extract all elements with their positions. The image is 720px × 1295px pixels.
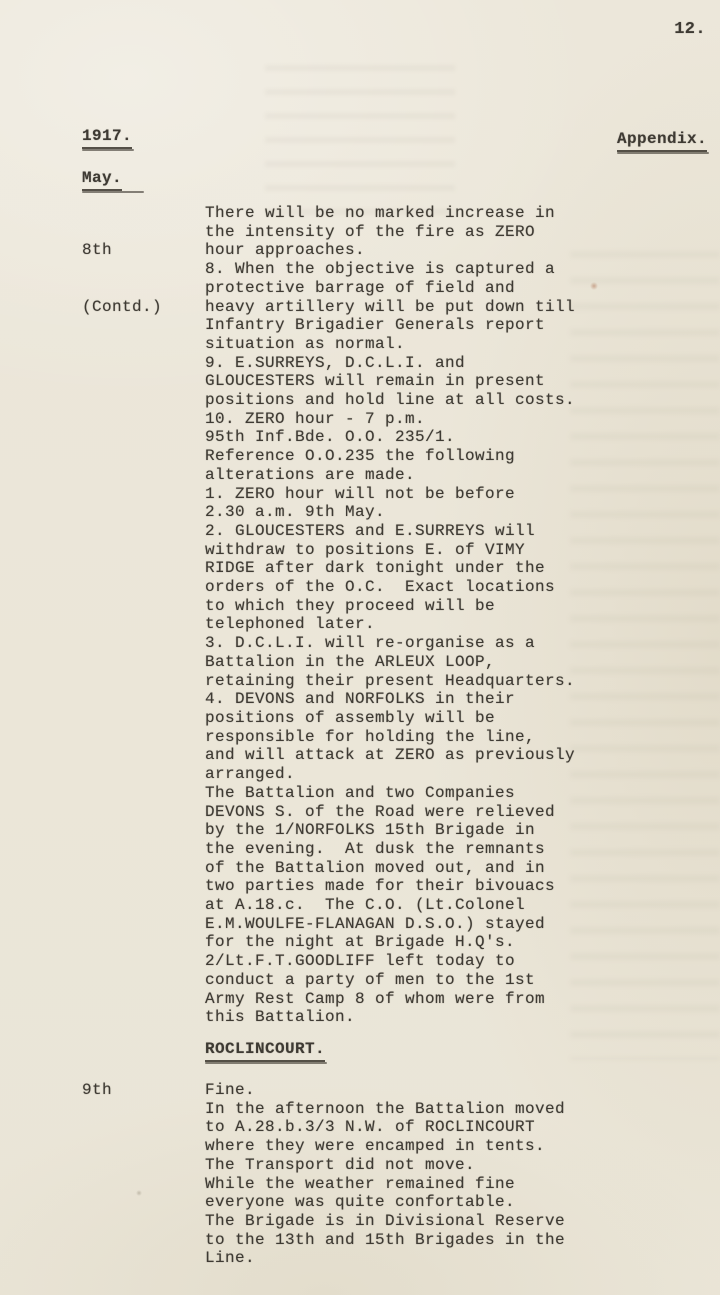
paper-bleed-through-texture <box>570 240 720 1060</box>
page-number: 12. <box>674 21 706 40</box>
entry-8th-date-column: 8th (Contd.) <box>82 204 162 354</box>
year-heading-text: 1917. <box>82 127 132 149</box>
month-heading-text: May. <box>82 169 122 191</box>
appendix-heading: Appendix. <box>617 130 707 152</box>
entry-8th-body: There will be no marked increase in the … <box>205 204 575 1027</box>
section-heading-roclincourt-text: ROCLINCOURT. <box>205 1040 325 1062</box>
entry-8th-contd-note: (Contd.) <box>82 298 162 317</box>
war-diary-page: 12. 1917. Appendix. May. 8th (Contd.) Th… <box>0 0 720 1295</box>
paper-streak-artifact <box>265 55 455 220</box>
entry-9th-date-label: 9th <box>82 1081 112 1100</box>
year-heading: 1917. <box>82 127 132 149</box>
section-heading-roclincourt: ROCLINCOURT. <box>205 1040 325 1062</box>
entry-8th-date-label: 8th <box>82 241 162 260</box>
entry-9th-body: Fine. In the afternoon the Battalion mov… <box>205 1081 565 1268</box>
month-heading: May. <box>82 169 122 191</box>
appendix-heading-text: Appendix. <box>617 130 707 152</box>
